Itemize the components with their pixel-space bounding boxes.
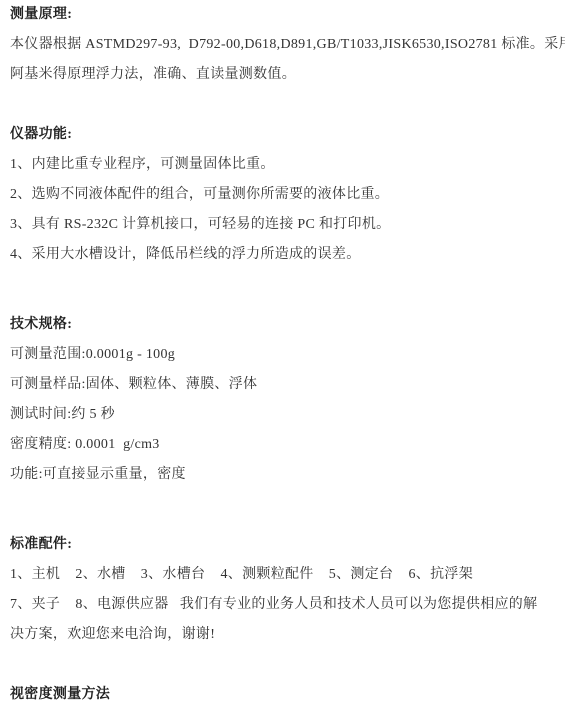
document-section: 技术规格:可测量范围:0.0001g - 100g可测量样品:固体、颗粒体、薄膜… — [10, 310, 555, 490]
section-heading: 技术规格: — [10, 310, 555, 340]
document-section: 视密度测量方法 — [10, 680, 555, 710]
text-line: 阿基米得原理浮力法，准确、直读量测数值。 — [10, 60, 555, 90]
document-section: 仪器功能:1、内建比重专业程序，可测量固体比重。2、选购不同液体配件的组合，可量… — [10, 120, 555, 270]
text-line: 测试时间:约 5 秒 — [10, 400, 555, 430]
section-heading: 仪器功能: — [10, 120, 555, 150]
section-heading: 标准配件: — [10, 530, 555, 560]
text-line: 3、具有 RS-232C 计算机接口，可轻易的连接 PC 和打印机。 — [10, 210, 555, 240]
text-line: 密度精度: 0.0001 g/cm3 — [10, 430, 555, 460]
document-body: 测量原理:本仪器根据 ASTMD297-93, D792-00,D618,D89… — [0, 0, 565, 710]
section-heading: 视密度测量方法 — [10, 680, 555, 710]
text-line: 1、内建比重专业程序，可测量固体比重。 — [10, 150, 555, 180]
document-section: 标准配件:1、主机 2、水槽 3、水槽台 4、测颗粒配件 5、测定台 6、抗浮架… — [10, 530, 555, 650]
text-line: 2、选购不同液体配件的组合，可量测你所需要的液体比重。 — [10, 180, 555, 210]
section-heading: 测量原理: — [10, 0, 555, 30]
text-line: 可测量样品:固体、颗粒体、薄膜、浮体 — [10, 370, 555, 400]
text-line: 4、采用大水槽设计，降低吊栏线的浮力所造成的误差。 — [10, 240, 555, 270]
text-line: 功能:可直接显示重量，密度 — [10, 460, 555, 490]
text-line: 本仪器根据 ASTMD297-93, D792-00,D618,D891,GB/… — [10, 30, 555, 60]
text-line: 可测量范围:0.0001g - 100g — [10, 340, 555, 370]
text-line: 1、主机 2、水槽 3、水槽台 4、测颗粒配件 5、测定台 6、抗浮架 — [10, 560, 555, 590]
text-line: 7、夹子 8、电源供应器 我们有专业的业务人员和技术人员可以为您提供相应的解 — [10, 590, 555, 620]
document-section: 测量原理:本仪器根据 ASTMD297-93, D792-00,D618,D89… — [10, 0, 555, 90]
text-line: 决方案，欢迎您来电洽询，谢谢! — [10, 620, 555, 650]
